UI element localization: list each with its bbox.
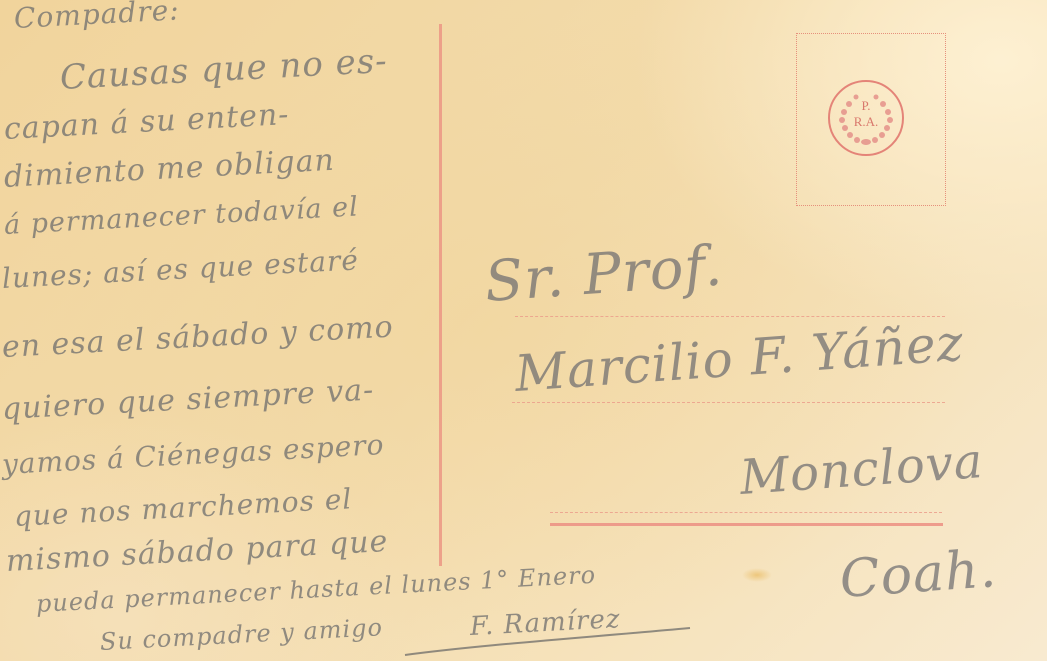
message-line: á permanecer todavía el	[3, 191, 359, 241]
message-line: lunes; así es que estaré	[1, 243, 360, 295]
message-line: Causas que no es-	[59, 41, 389, 98]
address-name: Marcilio F. Yáñez	[513, 314, 966, 403]
message-line: capan á su enten-	[3, 97, 290, 147]
center-divider-line	[439, 24, 442, 566]
address-salutation: Sr. Prof.	[483, 233, 725, 314]
message-line: dimiento me obligan	[3, 143, 336, 195]
paper-stain	[742, 568, 772, 582]
address-line-1	[515, 316, 945, 317]
signature-flourish	[400, 620, 700, 660]
message-closing: Su compadre y amigo	[99, 613, 383, 656]
address-state: Coah.	[838, 539, 999, 610]
message-line: yamos á Ciénegas espero	[1, 428, 385, 481]
message-line: que nos marchemos el	[13, 482, 353, 533]
message-line: mismo sábado para que	[5, 524, 389, 579]
seal-stamp: P. R.A.	[828, 80, 904, 156]
message-line: Compadre:	[13, 0, 180, 35]
address-city: Monclova	[738, 433, 985, 506]
address-line-3	[550, 512, 942, 513]
seal-line-1: P.	[830, 99, 902, 113]
address-underline	[550, 523, 943, 526]
address-line-2	[512, 402, 945, 403]
message-line: en esa el sábado y como	[1, 310, 394, 365]
postcard-back: Compadre: Causas que no es- capan á su e…	[0, 0, 1047, 661]
seal-line-2: R.A.	[830, 115, 902, 129]
message-line: quiero que siempre va-	[1, 373, 375, 427]
